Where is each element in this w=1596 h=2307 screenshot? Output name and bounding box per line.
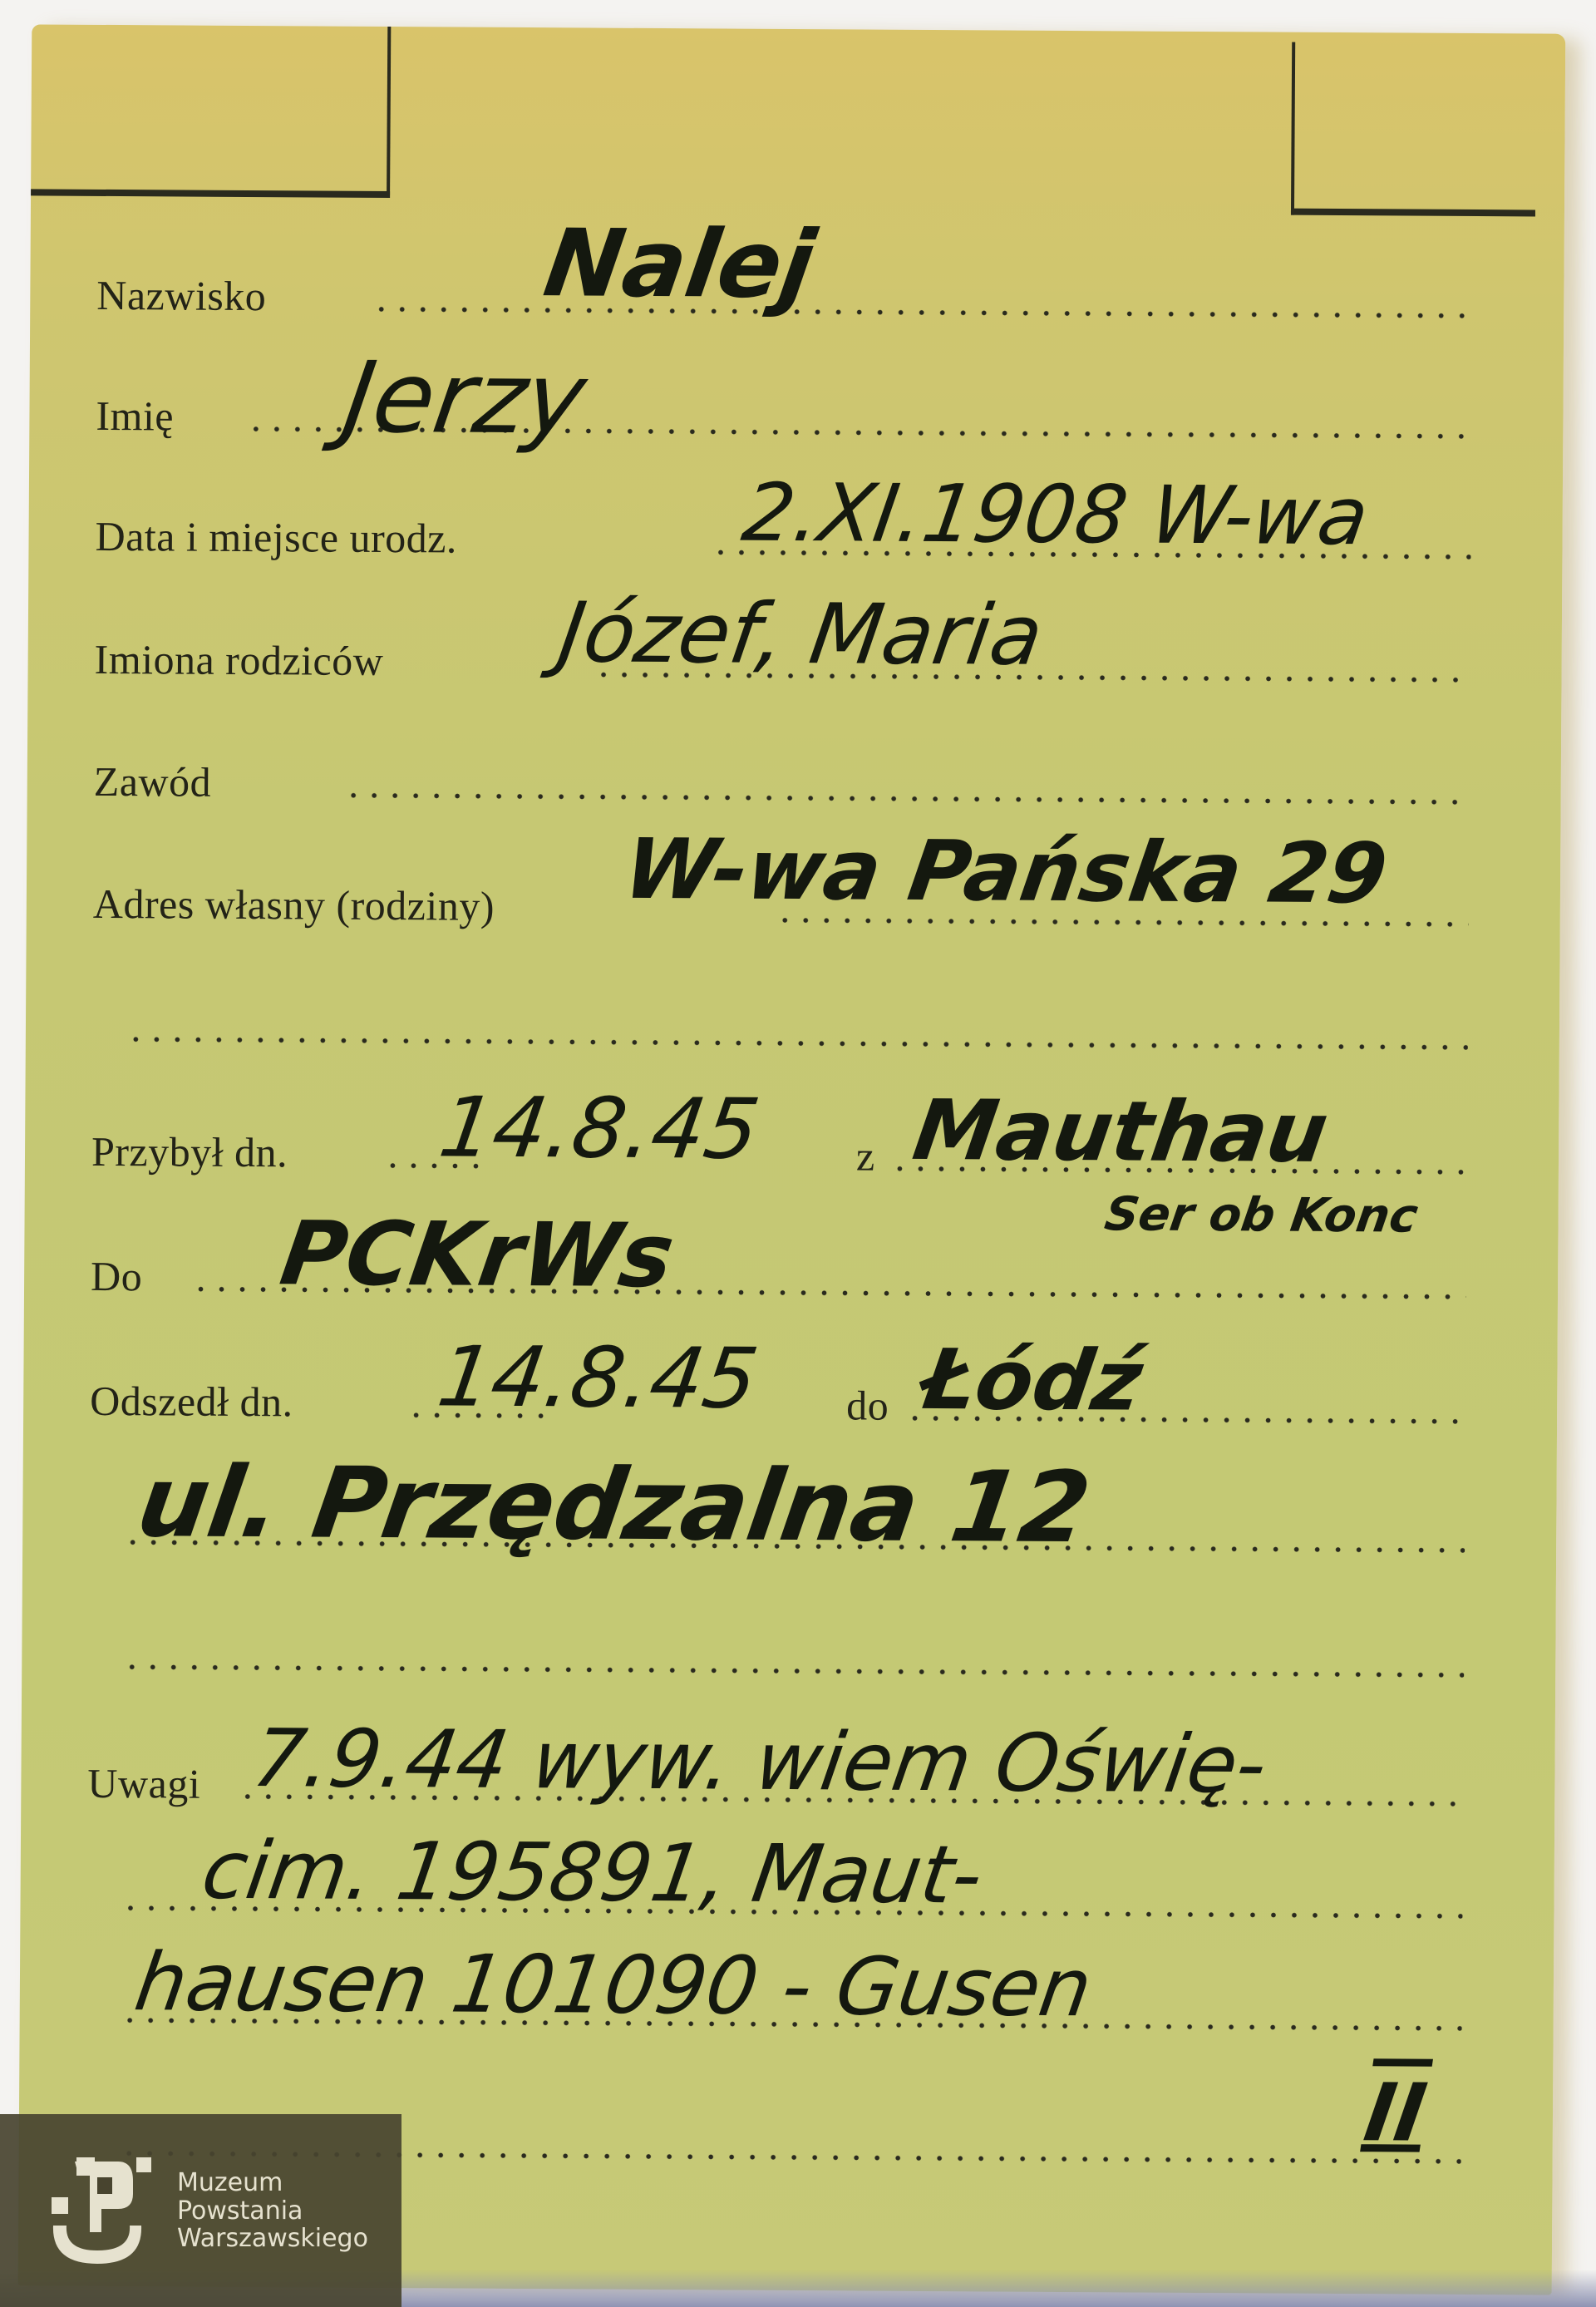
field-birth: Data i miejsce urodz. 2.XI.1908 W-wa — [95, 507, 1470, 565]
field-address-extra — [92, 998, 1468, 1056]
museum-name-line-3: Warszawskiego — [177, 2225, 368, 2253]
field-remarks: Uwagi 7.9.44 wyw. wiem Oświę- — [87, 1754, 1463, 1812]
museum-name-line-2: Powstania — [177, 2197, 368, 2226]
departed-date: 14.8.45 — [433, 1335, 762, 1420]
surname-value: Nalej — [539, 217, 820, 312]
corner-frame-left — [31, 24, 391, 198]
dotted-line — [371, 304, 1472, 321]
dotted-line — [126, 1034, 1468, 1052]
remarks-line-1: 7.9.44 wyw. wiem Oświę- — [249, 1718, 1272, 1804]
field-remarks-3: hausen 101090 - Gusen — [86, 1979, 1462, 2037]
field-first-name: Imię Jerzy — [96, 387, 1471, 445]
to-note: Ser ob Konc — [1101, 1191, 1421, 1240]
remarks-line-3: hausen 101090 - Gusen — [131, 1942, 1096, 2028]
field-parents: Imiona rodziców Józef, Maria — [95, 630, 1470, 688]
arrived-from-value: Mauthau — [909, 1089, 1333, 1175]
to-label: Do — [91, 1255, 142, 1297]
surname-label: Nazwisko — [96, 274, 266, 317]
field-departed-address: ul. Przędzalna 12 — [89, 1501, 1465, 1559]
occupation-label: Zawód — [94, 761, 212, 803]
remarks-line-2: cim. 195891, Maut- — [198, 1831, 988, 1915]
address-value: W-wa Pańska 29 — [619, 828, 1392, 916]
to-value: PCKrWs — [276, 1210, 679, 1300]
parents-label: Imiona rodziców — [95, 638, 384, 682]
field-blank — [88, 1625, 1464, 1683]
departed-to-label: do — [846, 1384, 889, 1426]
field-departed: Odszedł dn. 14.8.45 do Łódź — [90, 1372, 1465, 1430]
dotted-line — [343, 791, 1470, 807]
museum-name-line-1: Muzeum — [177, 2169, 368, 2197]
field-arrived: Przybył dn. 14.8.45 z Mauthau — [91, 1122, 1467, 1181]
corner-frame-right — [1291, 42, 1536, 217]
museum-watermark: Muzeum Powstania Warszawskiego — [0, 2114, 401, 2307]
parents-value: Józef, Maria — [554, 591, 1048, 677]
registration-card: Nazwisko Nalej Imię Jerzy Data i miejsce… — [18, 24, 1566, 2295]
first-name-value: Jerzy — [338, 348, 592, 448]
remarks-line-4: II — [1360, 2073, 1431, 2152]
dotted-line — [121, 1662, 1464, 1680]
birth-value: 2.XI.1908 W-wa — [738, 473, 1374, 557]
arrived-label: Przybył dn. — [91, 1131, 288, 1173]
first-name-label: Imię — [96, 395, 174, 437]
arrived-from-label: z — [856, 1135, 875, 1176]
field-surname: Nazwisko Nalej — [96, 266, 1472, 324]
museum-name: Muzeum Powstania Warszawskiego — [177, 2169, 368, 2253]
field-to: Do PCKrWs Ser ob Konc — [91, 1247, 1466, 1305]
birth-label: Data i miejsce urodz. — [95, 515, 457, 559]
remarks-label: Uwagi — [87, 1762, 200, 1805]
departed-address-value: ul. Przędzalna 12 — [132, 1452, 1096, 1556]
field-address: Adres własny (rodziny) W-wa Pańska 29 — [93, 875, 1469, 933]
departed-label: Odszedł dn. — [90, 1380, 293, 1422]
address-label: Adres własny (rodziny) — [93, 883, 495, 927]
kotwica-anchor-logo-icon — [52, 2157, 155, 2265]
departed-to-value: Łódź — [915, 1338, 1147, 1423]
field-remarks-2: cim. 195891, Maut- — [86, 1866, 1462, 1925]
field-occupation: Zawód — [94, 752, 1470, 811]
arrived-date: 14.8.45 — [435, 1086, 764, 1171]
